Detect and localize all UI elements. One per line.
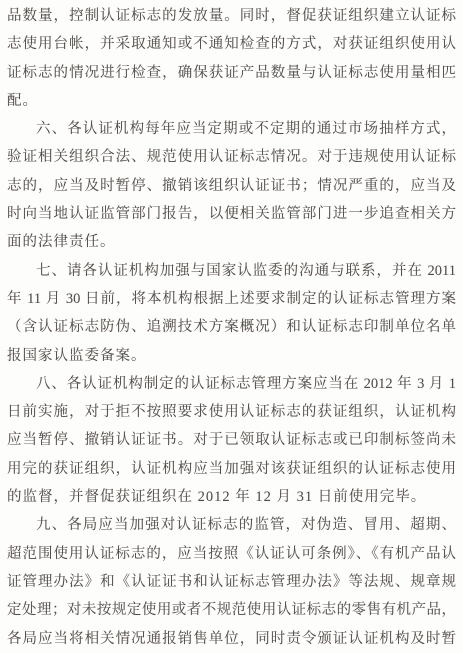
- text-line: 时向当地认证监管部门报告，以便相关监管部门进一步追查相关方: [7, 200, 456, 228]
- text-line: （含认证标志防伪、追溯技术方案概况）和认证标志印制单位名单: [7, 313, 456, 341]
- text-line: 品数量，控制认证标志的发放量。同时，督促获证组织建立认证标: [7, 2, 456, 30]
- text-line: 报国家认监委备案。: [7, 342, 456, 370]
- text-line: 超范围使用认证标志的，应当按照《认证认可条例》、《有机产品认: [7, 540, 456, 568]
- text-line: 七、请各认证机构加强与国家认监委的沟通与联系，并在 2011: [7, 257, 456, 285]
- text-line: 的监督，并督促获证组织在 2012 年 12 月 31 日前使用完毕。: [7, 483, 456, 511]
- text-line: 证标志的情况进行检查，确保获证产品数量与认证标志使用量相匹: [7, 59, 456, 87]
- text-line: 定处理；对未按规定使用或者不规范使用认证标志的零售有机产品，: [7, 596, 456, 624]
- document-text: 品数量，控制认证标志的发放量。同时，督促获证组织建立认证标志使用台帐，并采取通知…: [7, 2, 456, 653]
- text-line: 应当暂停、撤销认证证书。对于已领取认证标志或已印制标签尚未: [7, 426, 456, 454]
- text-line: 八、各认证机构制定的认证标志管理方案应当在 2012 年 3 月 1: [7, 370, 456, 398]
- text-line: 六、各认证机构每年应当定期或不定期的通过市场抽样方式，: [7, 115, 456, 143]
- text-line: 配。: [7, 87, 456, 115]
- text-line: 九、各局应当加强对认证标志的监管，对伪造、冒用、超期、: [7, 511, 456, 539]
- text-line: 面的法律责任。: [7, 228, 456, 256]
- text-line: 各局应当将相关情况通报销售单位，同时责令颁证认证机构及时暂: [7, 625, 456, 653]
- text-line: 证管理办法》和《认证证书和认证标志管理办法》等法规、规章规: [7, 568, 456, 596]
- text-line: 志使用台帐，并采取通知或不通知检查的方式，对获证组织使用认: [7, 30, 456, 58]
- text-line: 日前实施，对于拒不按照要求使用认证标志的获证组织，认证机构: [7, 398, 456, 426]
- text-line: 用完的获证组织，认证机构应当加强对该获证组织的认证标志使用: [7, 455, 456, 483]
- text-line: 年 11 月 30 日前，将本机构根据上述要求制定的认证标志管理方案: [7, 285, 456, 313]
- document-page: 品数量，控制认证标志的发放量。同时，督促获证组织建立认证标志使用台帐，并采取通知…: [0, 0, 463, 653]
- text-line: 志的，应当及时暂停、撤销该组织认证证书；情况严重的，应当及: [7, 172, 456, 200]
- text-line: 验证相关组织合法、规范使用认证标志情况。对于违规使用认证标: [7, 143, 456, 171]
